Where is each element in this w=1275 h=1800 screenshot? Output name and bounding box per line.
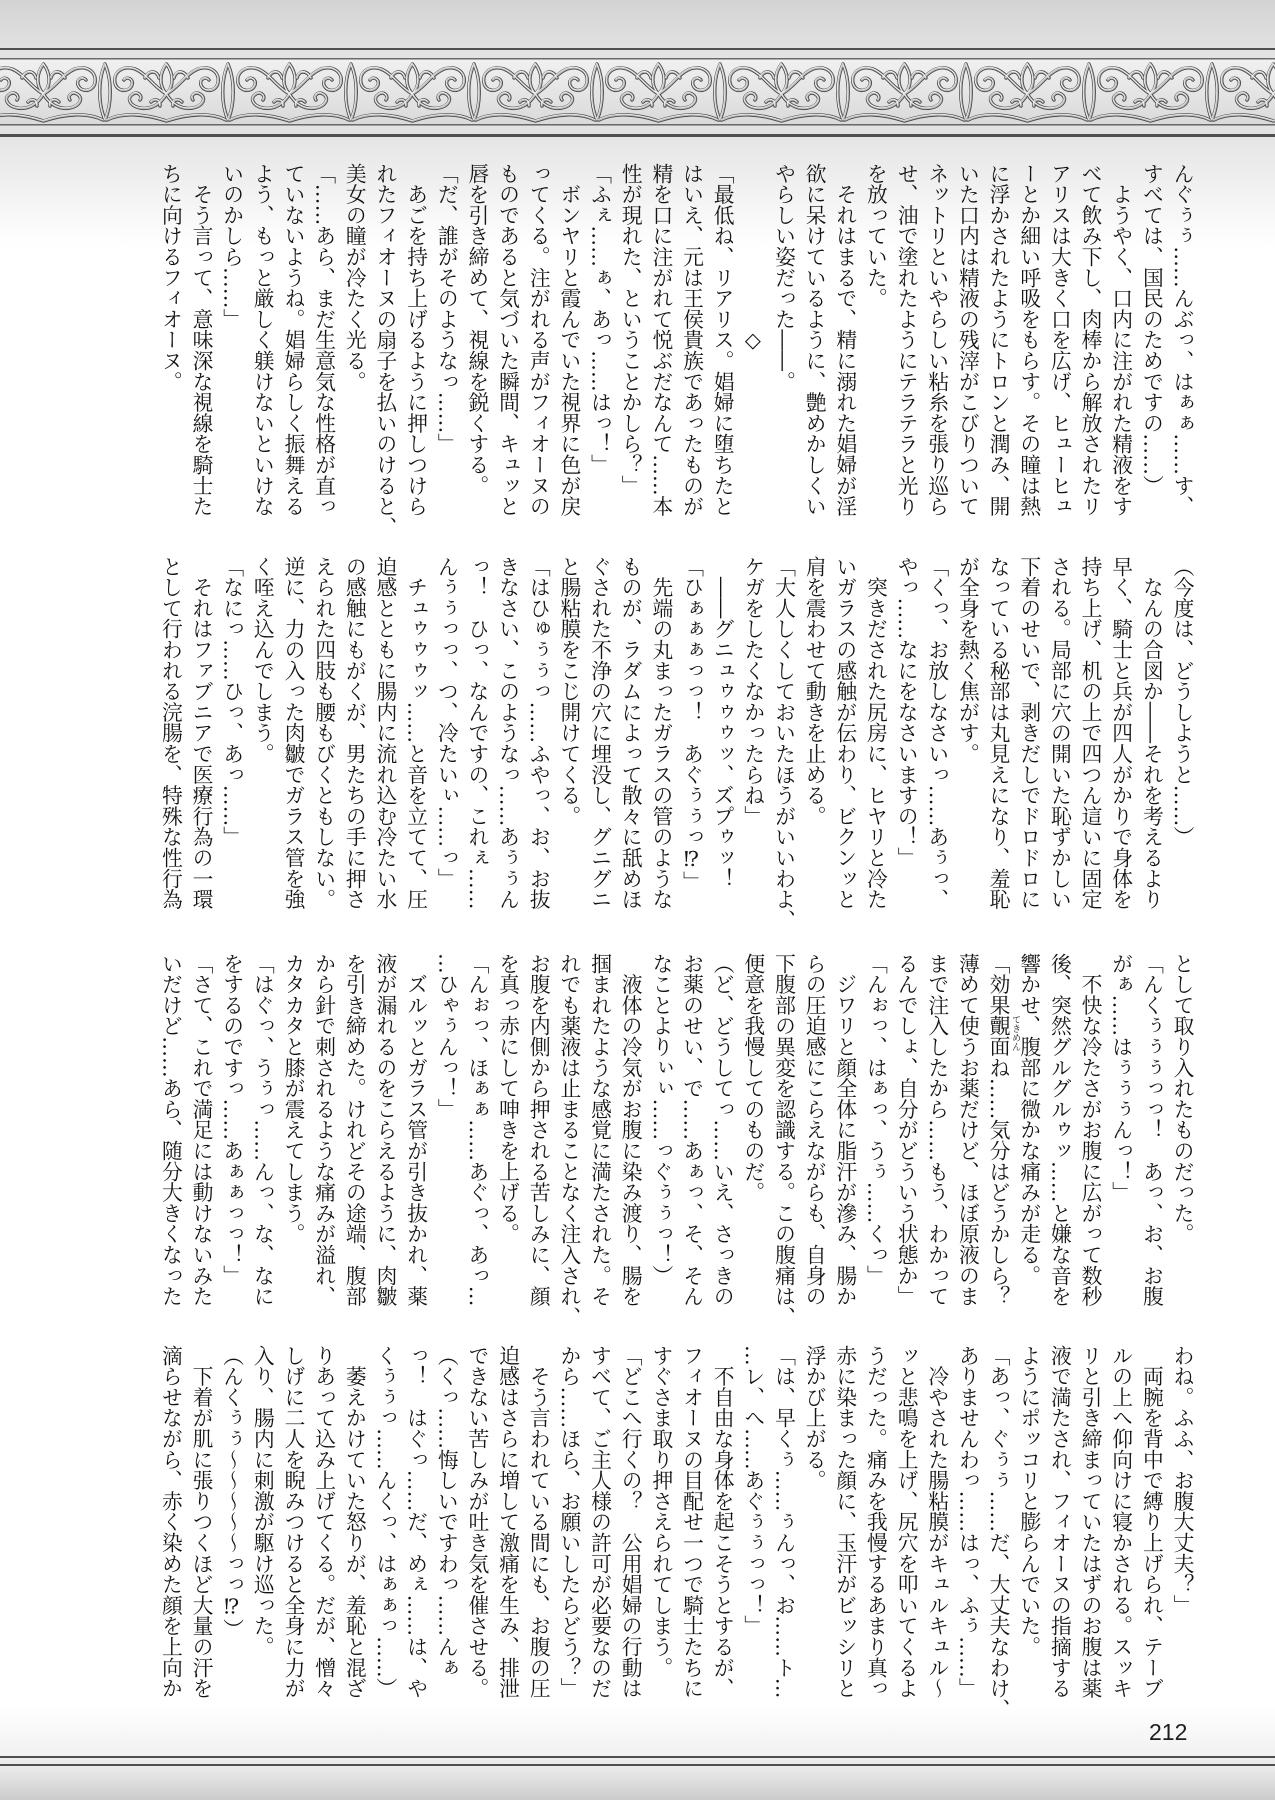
text-line: として行われる浣腸を、特殊な性行為	[155, 556, 186, 910]
text-line: …ひゃぅんっ！」	[431, 953, 462, 1307]
text-line: それはまるで、精に溺れた娼婦が淫	[829, 163, 860, 517]
text-line: が全身を熱く焦がす。	[952, 556, 983, 910]
text-line: 欲に呆けているように、艶めかしくい	[798, 163, 829, 517]
text-line: がぁ……はぅぅぅんっ！」	[1105, 953, 1136, 1307]
text-line: んぅぅっっ、つ、冷たいぃ……っ」	[431, 556, 462, 910]
top-margin	[0, 0, 1275, 48]
text-line: を真っ赤にして呻きを上げる。	[492, 953, 523, 1307]
text-line: 浮かび上がる。	[798, 1345, 829, 1699]
text-line: なっている秘部は丸見えになり、羞恥	[982, 556, 1013, 910]
text-line: ボンヤリと霞んでいた視界に色が戻	[553, 163, 584, 517]
text-line: ていないようね。娼婦らしく振舞える	[277, 163, 308, 517]
text-line: （今度は、どうしようと……）	[1166, 556, 1197, 910]
text-line: そう言われている間にも、お腹の圧	[523, 1345, 554, 1699]
text-line: 突きだされた尻房に、ヒヤリと冷た	[860, 556, 891, 910]
text-line: 「はひゅぅぅっ……ふやっ、お、お抜	[523, 556, 554, 910]
text-line: 両腕を背中で縛り上げられ、テーブ	[1136, 1345, 1167, 1699]
text-line: ようやく、口内に注がれた精液をす	[1105, 163, 1136, 517]
bottom-margin	[0, 1766, 1275, 1800]
text-line: から針で刺されるような痛みが溢れ、	[308, 953, 339, 1307]
text-line: お腹を内側から押される苦しみに、顔	[523, 953, 554, 1307]
text-line: 精を口に注がれて悦ぶだなんて……本	[645, 163, 676, 517]
text-line: っ！ はぐっ……だ、めぇ……は、や	[400, 1345, 431, 1699]
text-line: 後、突然グルグルゥッ……と嫌な音を	[1044, 953, 1075, 1307]
text-line: （くっ……悔しいですわっ……んぁ	[431, 1345, 462, 1699]
text-line: 下着のせいで、剥きだしでドロドロに	[1013, 556, 1044, 910]
text-line: と腸粘膜をこじ開けてくる。	[553, 556, 584, 910]
text-line: すぐさま取り押さえられてしまう。	[645, 1345, 676, 1699]
text-band-4: わね。ふふ、お腹大丈夫？」 両腕を背中で縛り上げられ、テーブ ルの上へ仰向けに寝…	[155, 1345, 1197, 1699]
text-line: を引き締めた。けれどその途端、腹部	[339, 953, 370, 1307]
text-line: れたフィオーヌの扇子を払いのけると、	[369, 163, 400, 517]
text-line: べて飲み下し、肉棒から解放されたリ	[1074, 163, 1105, 517]
ruby-base: 覿面	[986, 1015, 1010, 1057]
section-break-diamond-icon: ◇	[737, 163, 768, 517]
text-line: まで注入したから……もう、わかって	[921, 953, 952, 1307]
text-line: やっ……なにをなさいますの！」	[890, 556, 921, 910]
text-line: 「最低ね、リアリス。娼婦に堕ちたと	[707, 163, 738, 517]
text-line: 迫感はさらに増して激痛を生み、排泄	[492, 1345, 523, 1699]
text-line: 「……あら、まだ生意気な性格が直っ	[308, 163, 339, 517]
text-line: 液体の冷気がお腹に染み渡り、腸を	[615, 953, 646, 1307]
text-line: すべて、ご主人様の許可が必要なのだ	[584, 1345, 615, 1699]
ruby-word: 覿面てきめん	[986, 1015, 1010, 1057]
text-line: らの圧迫感にこらえながらも、自身の	[798, 953, 829, 1307]
text-line: される。局部に穴の開いた恥ずかしい	[1044, 556, 1075, 910]
text-line: 滴らせながら、赤く染めた顔を上向か	[155, 1345, 186, 1699]
text-line: 性が現れた、ということかしら？」	[615, 163, 646, 517]
text-line: 冷やされた腸粘膜がキュルキュル～	[921, 1345, 952, 1699]
text-segment: 「効果	[986, 953, 1010, 1015]
text-line: 「なにっ……ひっ、あっ……」	[216, 556, 247, 910]
text-line: 「はぐっ、うぅっ……んっ、な、なに	[247, 953, 278, 1307]
text-line: 「どこへ行くの？ 公用娼婦の行動は	[615, 1345, 646, 1699]
text-band-1: んぐぅぅ……んぶっ、はぁぁ……す、 すべては、国民のためですの……） ようやく、…	[155, 163, 1197, 517]
text-line: 「ひぁぁぁっっ！ あぐぅぅっ⁉」	[676, 556, 707, 910]
text-line: 下着が肌に張りつくほど大量の汗を	[185, 1345, 216, 1699]
text-line: なんの合図か――それを考えるより	[1136, 556, 1167, 910]
top-border-gap	[0, 126, 1275, 134]
ornamental-border-icon	[0, 58, 1275, 126]
text-line: 「は、早くぅ……ぅんっ、お……ト…	[768, 1345, 799, 1699]
text-line: 迫感とともに腸内に流れ込む冷たい水	[369, 556, 400, 910]
text-line: 肩を震わせて動きを止める。	[798, 556, 829, 910]
text-line: そう言って、意味深な視線を騎士た	[185, 163, 216, 517]
text-line: 「んぉっ、はぁっ、うぅ……くっ」	[860, 953, 891, 1307]
text-line: アリスは大きく口を広げ、ヒューヒュ	[1044, 163, 1075, 517]
text-line-with-ruby: 「効果覿面てきめんね……気分はどうかしら？	[982, 953, 1013, 1307]
text-line: に浮かされたようにトロンと潤み、開	[982, 163, 1013, 517]
text-line: 「さて、これで満足には動けないみた	[185, 953, 216, 1307]
text-line: 美女の瞳が冷たく光る。	[339, 163, 370, 517]
text-line: 響かせ、腹部に微かな痛みが走る。	[1013, 953, 1044, 1307]
text-line: 「んくぅぅぅっっ！ あっ、お、お腹	[1136, 953, 1167, 1307]
text-line: いだけど……あら、随分大きくなった	[155, 953, 186, 1307]
text-line: くぅぅっ……んくっ、はぁぁっ……）	[369, 1345, 400, 1699]
text-line: 「んぉっ、ほぁぁ……あぐっ、あっ…	[461, 953, 492, 1307]
text-line: 「くっ、お放しなさいっ……あぅっ、	[921, 556, 952, 910]
text-line: できない苦しみが吐き気を催させる。	[461, 1345, 492, 1699]
text-line: ちに向けるフィオーヌ。	[155, 163, 186, 517]
text-line: く咥え込んでしまう。	[247, 556, 278, 910]
text-line: チュゥゥゥッ……と音を立てて、圧	[400, 556, 431, 910]
text-line: やらしい姿だった――。	[768, 163, 799, 517]
text-line: 「あっ、ぐぅぅ……だ、大丈夫なわけ、	[982, 1345, 1013, 1699]
text-line: 早く、騎士と兵が四人がかりで身体を	[1105, 556, 1136, 910]
page-number: 212	[1149, 1719, 1187, 1745]
text-line: ッと悲鳴を上げ、尻穴を叩いてくるよ	[890, 1345, 921, 1699]
text-line: はいえ、元は王侯貴族であったものが	[676, 163, 707, 517]
bottom-shade	[0, 1705, 1275, 1756]
text-line: ようにポッコリと膨らんでいた。	[1013, 1345, 1044, 1699]
text-line: 液で満たされ、フィオーヌの指摘する	[1044, 1345, 1075, 1699]
text-line: ケガをしたくなかったらね」	[737, 556, 768, 910]
text-line: んぐぅぅ……んぶっ、はぁぁ……す、	[1166, 163, 1197, 517]
text-line: しげに二人を睨みつけると全身に力が	[277, 1345, 308, 1699]
text-line: から……ほら、お願いしたらどう？」	[553, 1345, 584, 1699]
text-line: なことよりぃぃ……っぐぅぅっ！）	[645, 953, 676, 1307]
text-line: 入り、腸内に刺激が駆け巡った。	[247, 1345, 278, 1699]
text-line: りあって込み上げてくる。だが、憎々	[308, 1345, 339, 1699]
text-line: ものであると気づいた瞬間、キュッと	[492, 163, 523, 517]
text-line: 液が漏れるのをこらえるように、肉皺	[369, 953, 400, 1307]
text-line: 「だ、誰がそのようなっ……」	[431, 163, 462, 517]
text-line: れでも薬液は止まることなく注入され、	[553, 953, 584, 1307]
text-line: 薄めて使うお薬だけど、ほぼ原液のま	[952, 953, 983, 1307]
text-line: 掴まれたような感覚に満たされた。そ	[584, 953, 615, 1307]
text-line: ズルッとガラス管が引き抜かれ、薬	[400, 953, 431, 1307]
text-line: すべては、国民のためですの……）	[1136, 163, 1167, 517]
text-line: リと引き締まっていたはずのお腹は薬	[1074, 1345, 1105, 1699]
text-line: カタカタと膝が震えてしまう。	[277, 953, 308, 1307]
text-band-3: として取り入れたものだった。 「んくぅぅぅっっ！ あっ、お、お腹 がぁ……はぅぅ…	[155, 953, 1197, 1307]
text-line: いた口内は精液の残滓がこびりついて	[952, 163, 983, 517]
text-line: の感触にもがくが、男たちの手に押さ	[339, 556, 370, 910]
text-line: 先端の丸まったガラスの管のような	[645, 556, 676, 910]
text-line: えられた四肢も腰もびくともしない。	[308, 556, 339, 910]
text-line: ルの上へ仰向けに寝かされる。スッキ	[1105, 1345, 1136, 1699]
text-line: っ！ ひっ、なんですの、これぇ……	[461, 556, 492, 910]
text-line: ネットリといやらしい粘糸を張り巡ら	[921, 163, 952, 517]
text-line: 逆に、力の入った肉皺でガラス管を強	[277, 556, 308, 910]
text-line: 赤に染まった顔に、玉汗がビッシリと	[829, 1345, 860, 1699]
text-line: 唇を引き締めて、視線を鋭くする。	[461, 163, 492, 517]
text-line: あごを持ち上げるように押しつけら	[400, 163, 431, 517]
text-line: フィオーヌの目配せ一つで騎士たちに	[676, 1345, 707, 1699]
ruby-reading: てきめん	[1010, 1015, 1020, 1051]
text-line: きなさい、このようなっ……あぅぅん	[492, 556, 523, 910]
text-line: わね。ふふ、お腹大丈夫？」	[1166, 1345, 1197, 1699]
text-line: …レ、へ……あぐぅぅっっ！」	[737, 1345, 768, 1699]
text-line: ――グニュゥゥゥッ、ズプゥッ！	[707, 556, 738, 910]
text-line: ってくる。注がれる声がフィオーヌの	[523, 163, 554, 517]
text-line: それはファブニアで医療行為の一環	[185, 556, 216, 910]
text-line: お薬のせい、で……あぁっ、そ、そん	[676, 953, 707, 1307]
text-line: いガラスの感触が伝わり、ビクンッと	[829, 556, 860, 910]
top-border-gap	[0, 50, 1275, 58]
text-line: を放っていた。	[860, 163, 891, 517]
text-line: （んくぅぅ～～～～～っっ⁉）	[216, 1345, 247, 1699]
text-line: （ど、どうしてっ……いえ、さっきの	[707, 953, 738, 1307]
text-line: 不快な冷たさがお腹に広がって数秒	[1074, 953, 1105, 1307]
text-line: 便意を我慢してのものだ。	[737, 953, 768, 1307]
text-line: 持ち上げ、机の上で四つん這いに固定	[1074, 556, 1105, 910]
text-line: ありませんわっ……はっ、ふぅ……」	[952, 1345, 983, 1699]
text-line: 下腹部の異変を認識する。この腹痛は、	[768, 953, 799, 1307]
text-line: 萎えかけていた怒りが、羞恥と混ざ	[339, 1345, 370, 1699]
text-line: よう、もっと厳しく躾けないといけな	[247, 163, 278, 517]
text-line: ーとか細い呼吸をもらす。その瞳は熱	[1013, 163, 1044, 517]
text-band-2: （今度は、どうしようと……） なんの合図か――それを考えるより 早く、騎士と兵が…	[155, 556, 1197, 910]
text-line: うだった。痛みを我慢するあまり真っ	[860, 1345, 891, 1699]
text-line: ジワリと顔全体に脂汗が滲み、腸か	[829, 953, 860, 1307]
text-line: ぐされた不浄の穴に埋没し、グニグニ	[584, 556, 615, 910]
text-line: ものが、ラダムによって散々に舐めほ	[615, 556, 646, 910]
text-segment: ね……気分はどうかしら？	[986, 1057, 1010, 1307]
text-line: せ、油で塗れたようにテラテラと光り	[890, 163, 921, 517]
text-line: るんでしょ、自分がどういう状態か」	[890, 953, 921, 1307]
text-line: をするのですっ……あぁぁっっ！」	[216, 953, 247, 1307]
text-line: として取り入れたものだった。	[1166, 953, 1197, 1307]
text-line: 不自由な身体を起こそうとするが、	[707, 1345, 738, 1699]
text-line: 「大人しくしておいたほうがいいわよ、	[768, 556, 799, 910]
text-line: 「ふぇ……ぁ、あっ……はっ！」	[584, 163, 615, 517]
text-line: いのかしら……」	[216, 163, 247, 517]
